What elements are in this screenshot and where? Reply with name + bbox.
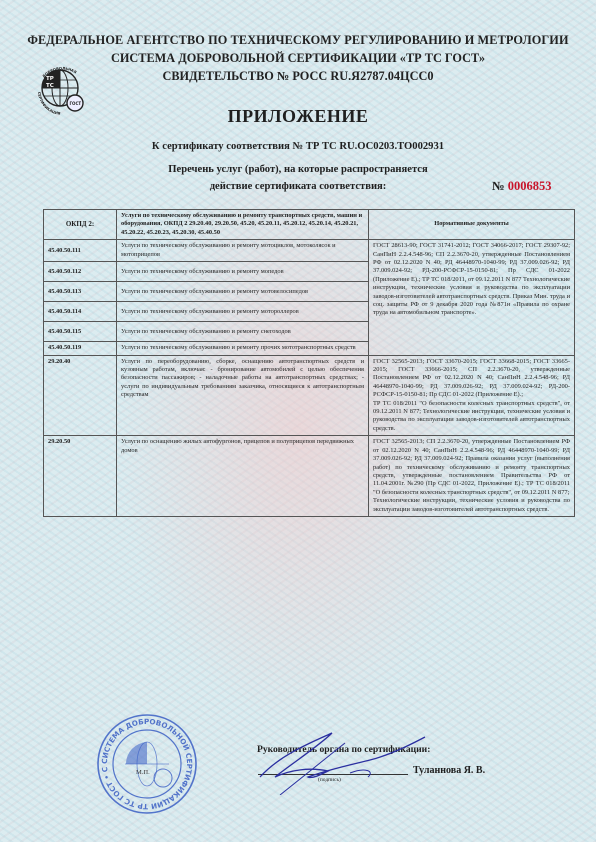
document-title: ПРИЛОЖЕНИЕ (0, 106, 596, 127)
table-row: 29.20.40 Услуги по переоборудованию, сбо… (44, 355, 575, 436)
number-prefix: № (492, 179, 505, 193)
number-value: 0006853 (508, 179, 552, 193)
list-title-line1: Перечень услуг (работ), на которые распр… (0, 164, 596, 175)
docs-group-1: ГОСТ 28613-90; ГОСТ 31741-2012; ГОСТ 340… (369, 240, 575, 355)
table-row: 29.20.50 Услуги по оснащению жилых автоф… (44, 436, 575, 517)
services-table: ОКПД 2: Услуги по техническому обслужива… (43, 209, 575, 517)
handwritten-signature-icon (250, 725, 430, 795)
certificate-reference: К сертификату соответствия № ТР ТС RU.ОС… (0, 141, 596, 152)
official-stamp-icon: СИСТЕМА ДОБРОВОЛЬНОЙ СЕРТИФИКАЦИИ ТР ТС … (95, 712, 199, 816)
table-header-row: ОКПД 2: Услуги по техническому обслужива… (44, 210, 575, 240)
svg-text:М.П.: М.П. (136, 769, 150, 776)
docs-group-3: ГОСТ 32565-2013; СП 2.2.3670-20, утвержд… (369, 436, 575, 517)
svg-text:ТР: ТР (46, 76, 54, 82)
blank-number: № 0006853 (492, 179, 551, 194)
table-row: 45.40.50.111 Услуги по техническому обсл… (44, 240, 575, 262)
svg-text:ТС: ТС (46, 83, 54, 89)
docs-group-2: ГОСТ 32565-2013; ГОСТ 33670-2015; ГОСТ 3… (369, 355, 575, 436)
agency-heading: ФЕДЕРАЛЬНОЕ АГЕНТСТВО ПО ТЕХНИЧЕСКОМУ РЕ… (0, 33, 596, 48)
header-docs: Нормативные документы (369, 210, 575, 240)
header-services: Услуги по техническому обслуживанию и ре… (117, 210, 369, 240)
header-code: ОКПД 2: (44, 210, 117, 240)
